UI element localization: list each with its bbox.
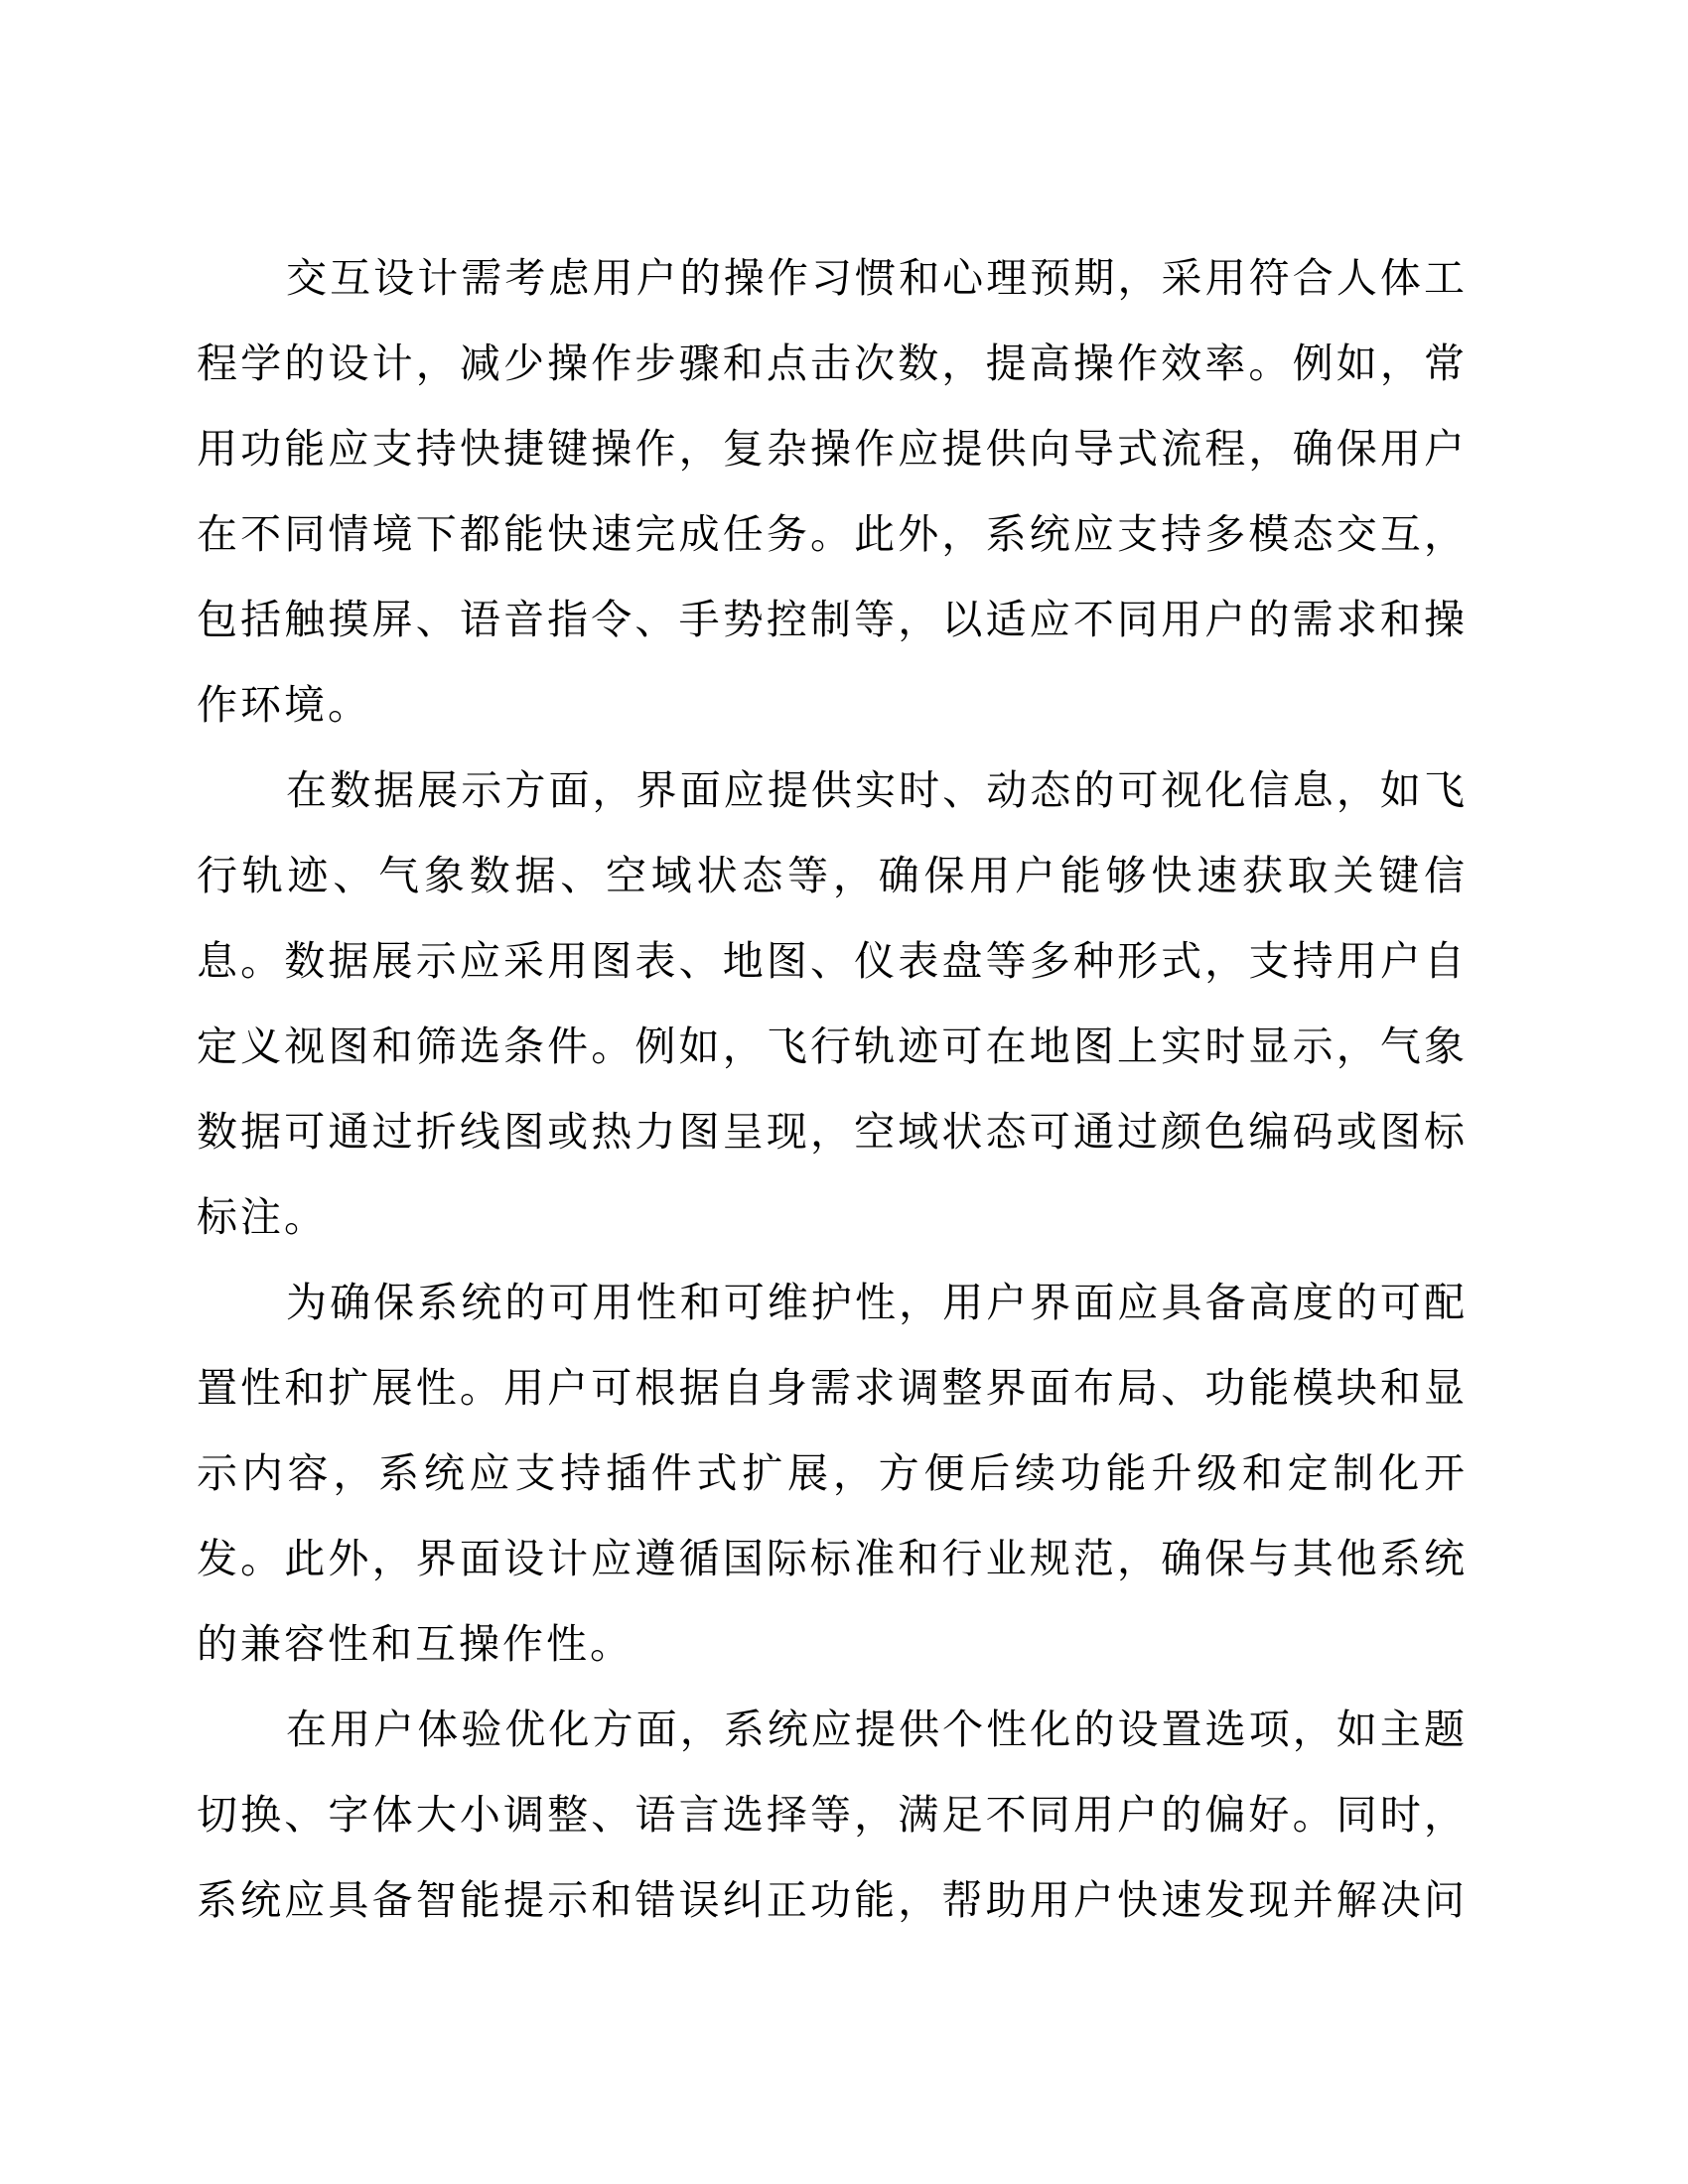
paragraph: 在用户体验优化方面，系统应提供个性化的设置选项，如主题切换、字体大小调整、语言选… — [197, 1687, 1468, 1943]
text-line: 标注。 — [197, 1174, 1468, 1260]
paragraph: 在数据展示方面，界面应提供实时、动态的可视化信息，如飞行轨迹、气象数据、空域状态… — [197, 748, 1468, 1260]
text-line: 作环境。 — [197, 662, 1468, 748]
text-line: 程学的设计，减少操作步骤和点击次数，提高操作效率。例如，常 — [197, 321, 1468, 406]
text-line: 系统应具备智能提示和错误纠正功能，帮助用户快速发现并解决问 — [197, 1857, 1468, 1943]
document-text-block: 交互设计需考虑用户的操作习惯和心理预期，采用符合人体工程学的设计，减少操作步骤和… — [197, 235, 1468, 1943]
text-line: 在数据展示方面，界面应提供实时、动态的可视化信息，如飞 — [197, 748, 1468, 833]
text-line: 用功能应支持快捷键操作，复杂操作应提供向导式流程，确保用户 — [197, 406, 1468, 491]
text-line: 发。此外，界面设计应遵循国际标准和行业规范，确保与其他系统 — [197, 1516, 1468, 1601]
paragraph: 交互设计需考虑用户的操作习惯和心理预期，采用符合人体工程学的设计，减少操作步骤和… — [197, 235, 1468, 748]
text-line: 交互设计需考虑用户的操作习惯和心理预期，采用符合人体工 — [197, 235, 1468, 321]
paragraph: 为确保系统的可用性和可维护性，用户界面应具备高度的可配置性和扩展性。用户可根据自… — [197, 1260, 1468, 1687]
text-line: 示内容，系统应支持插件式扩展，方便后续功能升级和定制化开 — [197, 1431, 1468, 1516]
text-line: 定义视图和筛选条件。例如，飞行轨迹可在地图上实时显示，气象 — [197, 1004, 1468, 1089]
text-line: 包括触摸屏、语音指令、手势控制等，以适应不同用户的需求和操 — [197, 577, 1468, 662]
document-page: 交互设计需考虑用户的操作习惯和心理预期，采用符合人体工程学的设计，减少操作步骤和… — [0, 0, 1688, 2184]
text-line: 在用户体验优化方面，系统应提供个性化的设置选项，如主题 — [197, 1687, 1468, 1772]
text-line: 行轨迹、气象数据、空域状态等，确保用户能够快速获取关键信 — [197, 833, 1468, 918]
text-line: 的兼容性和互操作性。 — [197, 1601, 1468, 1687]
text-line: 息。数据展示应采用图表、地图、仪表盘等多种形式，支持用户自 — [197, 918, 1468, 1004]
text-line: 为确保系统的可用性和可维护性，用户界面应具备高度的可配 — [197, 1260, 1468, 1345]
text-line: 切换、字体大小调整、语言选择等，满足不同用户的偏好。同时， — [197, 1772, 1468, 1857]
text-line: 在不同情境下都能快速完成任务。此外，系统应支持多模态交互， — [197, 491, 1468, 577]
text-line: 数据可通过折线图或热力图呈现，空域状态可通过颜色编码或图标 — [197, 1089, 1468, 1174]
text-line: 置性和扩展性。用户可根据自身需求调整界面布局、功能模块和显 — [197, 1345, 1468, 1431]
